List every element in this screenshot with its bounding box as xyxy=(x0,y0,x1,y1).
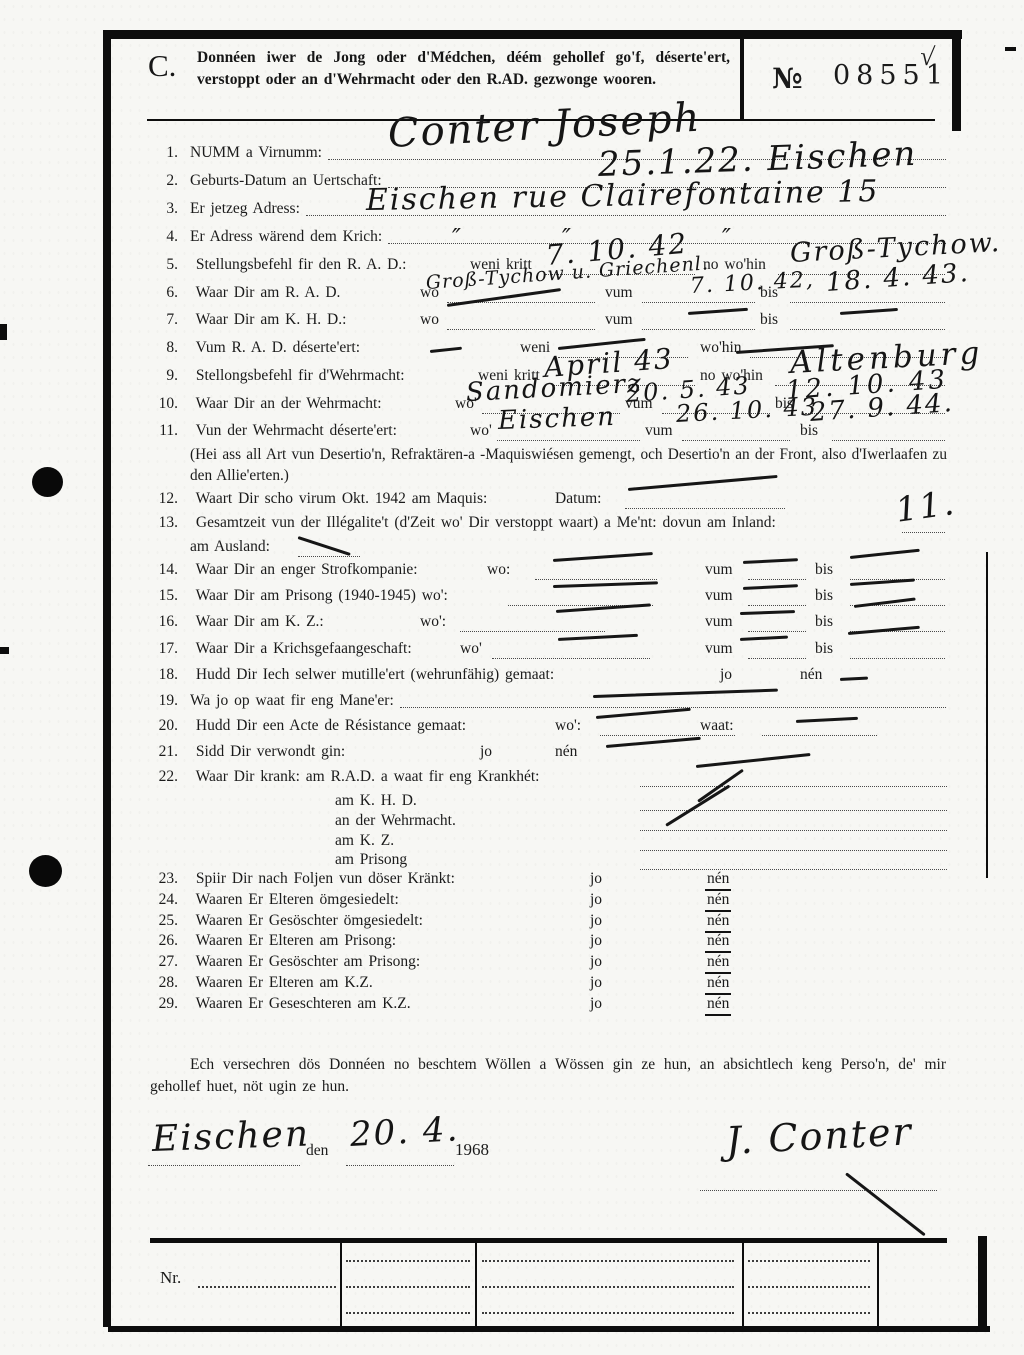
field-label: wo' xyxy=(470,422,492,440)
item-label: Waaren Er Elteren am Prisong: xyxy=(196,932,396,949)
field-label: bis xyxy=(815,640,833,658)
fill-in-line xyxy=(460,616,605,632)
item-label: NUMM a Virnumm: xyxy=(190,144,322,162)
field-label: vum xyxy=(705,640,733,658)
signature-line xyxy=(700,1175,937,1191)
item-label: Er jetzeg Adress: xyxy=(190,200,300,218)
handwritten-ditto: ″ xyxy=(722,226,733,250)
field-label: am Ausland: xyxy=(190,538,270,556)
numero-sign: № xyxy=(772,62,802,95)
item-label: Waar Dir an der Wehrmacht: xyxy=(196,395,382,412)
header-box-divider xyxy=(740,36,744,121)
frame-left-bar xyxy=(103,30,111,1327)
item-number: 5. xyxy=(150,256,178,274)
fill-in-line xyxy=(508,590,653,606)
field-label: wo'hin xyxy=(700,339,742,357)
form-item-18: 18. Hudd Dir Iech selwer mutille'ert (we… xyxy=(150,666,946,690)
item-label: Waaren Er Elteren am K.Z. xyxy=(196,974,373,991)
table-column-line xyxy=(742,1243,744,1326)
item-label: Waaren Er Elteren ömgesiedelt: xyxy=(196,891,399,908)
field-label: waat: xyxy=(700,717,734,735)
table-top-border xyxy=(150,1238,947,1243)
item-number: 27. xyxy=(150,953,178,971)
item-label: Waar Dir an enger Strofkompanie: xyxy=(196,561,418,578)
item-number: 8. xyxy=(150,339,178,357)
field-label: wo: xyxy=(487,561,510,579)
form-item-17: 17. Waar Dir a Krichsgefaangeschaft: wo'… xyxy=(150,640,946,664)
option-nen-selected: nén xyxy=(705,870,731,891)
fill-in-line xyxy=(625,493,785,509)
fill-in-line xyxy=(640,835,947,851)
handwritten-signature-place: Eischen xyxy=(151,1116,310,1157)
fill-in-line xyxy=(762,720,877,736)
scan-artifact xyxy=(1005,47,1016,51)
table-fill-line xyxy=(748,1310,870,1314)
item-number: 7. xyxy=(150,311,178,329)
field-label: vum xyxy=(605,311,633,329)
item-number: 21. xyxy=(150,743,178,761)
item-label: Waar Dir krank: am R.A.D. a waat fir eng… xyxy=(196,768,540,785)
handwritten-desert-where: Eischen xyxy=(498,404,617,434)
fill-in-line xyxy=(642,314,755,330)
item-number: 29. xyxy=(150,995,178,1013)
fill-in-line xyxy=(850,643,945,659)
table-fill-line xyxy=(482,1258,734,1262)
handwritten-signature-date: 20. 4. xyxy=(349,1112,460,1152)
item-label: Waart Dir scho virum Okt. 1942 am Maquis… xyxy=(196,490,488,507)
item-number: 14. xyxy=(150,561,178,579)
table-column-line xyxy=(877,1243,879,1326)
item-number: 1. xyxy=(150,144,178,162)
page-edge-bottom-bar xyxy=(978,1236,987,1326)
form-item-13: 13. Gesamtzeit vun der Illégalite't (d'Z… xyxy=(150,514,946,538)
fill-in-line xyxy=(535,564,657,580)
field-label: vum xyxy=(605,284,633,302)
item-label: Waar Dir am K. H. D.: xyxy=(196,311,347,328)
declaration-text: Ech versechren dös Donnéen no beschtem W… xyxy=(150,1054,946,1098)
fill-in-line xyxy=(850,564,945,580)
fill-in-line xyxy=(790,314,945,330)
item-number: 18. xyxy=(150,666,178,684)
handwritten-ditto: ″ xyxy=(452,226,463,250)
scanned-form-page: C. Donnéen iwer de Jong oder d'Médchen, … xyxy=(0,0,1024,1355)
fill-in-line xyxy=(748,643,806,659)
form-item-15: 15. Waar Dir am Prisong (1940-1945) wo':… xyxy=(150,587,946,611)
fill-in-line xyxy=(640,854,947,870)
item-number: 3. xyxy=(150,200,178,218)
item-number: 24. xyxy=(150,891,178,909)
fill-in-line xyxy=(492,643,650,659)
table-fill-line xyxy=(748,1258,870,1262)
fill-in-line xyxy=(640,771,947,787)
form-item-16: 16. Waar Dir am K. Z.: wo': vum bis xyxy=(150,613,946,637)
item-number: 2. xyxy=(150,172,178,190)
form-item-13b: am Ausland: xyxy=(150,538,946,562)
item-label: Waar Dir am R. A. D. xyxy=(196,284,341,301)
item-label: Waaren Er Geseschteren am K.Z. xyxy=(196,995,411,1012)
field-label: bis xyxy=(815,613,833,631)
field-label: wo': xyxy=(555,717,581,735)
field-label: vum xyxy=(645,422,673,440)
handwritten-inland-months: 11. xyxy=(894,486,958,528)
form-item-19: 19. Wa jo op waat fir eng Mane'er: xyxy=(150,692,946,716)
form-item-7: 7. Waar Dir am K. H. D.: wo vum bis xyxy=(150,311,946,335)
fill-in-line xyxy=(832,425,945,441)
fill-in-line xyxy=(447,314,595,330)
item-number: 6. xyxy=(150,284,178,302)
table-bottom-border xyxy=(108,1326,990,1332)
item-number: 19. xyxy=(150,692,178,710)
field-label: wo' xyxy=(460,640,482,658)
item-number: 22. xyxy=(150,768,178,786)
handwritten-desert-from: 26. 10. 43 xyxy=(675,395,818,426)
page-edge-line xyxy=(986,552,988,878)
table-column-line xyxy=(340,1243,342,1326)
frame-top-bar xyxy=(103,30,962,39)
option-nen-selected: nén xyxy=(705,912,731,933)
form-item-14: 14. Waar Dir an enger Strofkompanie: wo:… xyxy=(150,561,946,585)
item-label: Hudd Dir Iech selwer mutille'ert (wehrun… xyxy=(196,666,554,683)
fill-in-line xyxy=(748,616,806,632)
table-fill-line xyxy=(748,1284,870,1288)
field-label: vum xyxy=(705,587,733,605)
option-nen-selected: nén xyxy=(705,932,731,953)
field-label: am K. Z. xyxy=(335,832,394,850)
item-number: 12. xyxy=(150,490,178,508)
field-label: vum xyxy=(705,613,733,631)
field-label: bis xyxy=(760,311,778,329)
item-label: Vun der Wehrmacht déserte'ert: xyxy=(196,422,397,439)
punch-hole xyxy=(29,855,62,887)
option-jo: jo xyxy=(590,932,602,950)
item-number: 9. xyxy=(150,367,178,385)
field-label: am Prisong xyxy=(335,851,407,869)
table-fill-line xyxy=(482,1310,734,1314)
form-item-29: 29. Waaren Er Geseschteren am K.Z. jo né… xyxy=(150,995,946,1019)
item-11-note: (Hei ass all Art vun Desertio'n, Refrakt… xyxy=(190,444,947,486)
scan-artifact xyxy=(0,647,9,654)
item-number: 17. xyxy=(150,640,178,658)
option-nen-selected: nén xyxy=(705,891,731,912)
field-label: bis xyxy=(815,587,833,605)
form-item-22: 22. Waar Dir krank: am R.A.D. a waat fir… xyxy=(150,768,946,792)
item-label: Gesamtzeit vun der Illégalite't (d'Zeit … xyxy=(196,514,776,531)
option-jo: jo xyxy=(590,995,602,1013)
item-number: 15. xyxy=(150,587,178,605)
option-nen: nén xyxy=(555,743,577,761)
fill-in-line xyxy=(640,795,947,811)
table-fill-line xyxy=(346,1258,470,1262)
signature: J. Conter xyxy=(725,1112,914,1160)
option-jo: jo xyxy=(480,743,492,761)
table-fill-line xyxy=(346,1284,470,1288)
form-title: Donnéen iwer de Jong oder d'Médchen, déé… xyxy=(197,47,730,90)
fill-in-line xyxy=(682,425,790,441)
table-fill-line xyxy=(482,1284,734,1288)
field-label: wo xyxy=(420,311,439,329)
item-number: 4. xyxy=(150,228,178,246)
fill-in-line xyxy=(748,590,806,606)
fill-in-line xyxy=(748,564,806,580)
option-jo: jo xyxy=(590,891,602,909)
option-jo: jo xyxy=(720,666,732,684)
item-number: 28. xyxy=(150,974,178,992)
item-number: 11. xyxy=(150,422,178,440)
item-number: 23. xyxy=(150,870,178,888)
item-label: Er Adress wärend dem Krich: xyxy=(190,228,382,246)
option-nen-selected: nén xyxy=(705,974,731,995)
item-label: Sidd Dir verwondt gin: xyxy=(196,743,345,760)
option-nen: nén xyxy=(800,666,822,684)
year-text: 1968 xyxy=(455,1140,489,1160)
item-number: 25. xyxy=(150,912,178,930)
item-number: 10. xyxy=(150,395,178,413)
option-jo: jo xyxy=(590,912,602,930)
field-label: wo': xyxy=(420,613,446,631)
option-jo: jo xyxy=(590,974,602,992)
header-box-right-bar xyxy=(952,32,961,131)
field-label: an der Wehrmacht. xyxy=(335,812,456,830)
table-fill-line xyxy=(198,1284,336,1288)
fill-in-line xyxy=(640,815,947,831)
option-jo: jo xyxy=(590,870,602,888)
handwritten-address: Eischen rue Clairefontaine 15 xyxy=(366,177,880,216)
scan-artifact xyxy=(0,324,7,340)
option-jo: jo xyxy=(590,953,602,971)
item-label: Waar Dir am K. Z.: xyxy=(196,613,324,630)
item-label: Stellungsbefehl fir den R. A. D.: xyxy=(196,256,407,273)
section-letter: C. xyxy=(148,48,176,84)
option-nen-selected: nén xyxy=(705,995,731,1016)
field-label: bis xyxy=(815,561,833,579)
item-number: 20. xyxy=(150,717,178,735)
item-label: Waar Dir am Prisong (1940-1945) wo': xyxy=(196,587,448,604)
item-label: Geburts-Datum an Uertschaft: xyxy=(190,172,382,190)
item-label: Waaren Er Gesöschter ömgesiedelt: xyxy=(196,912,423,929)
option-nen-selected: nén xyxy=(705,953,731,974)
item-number: 16. xyxy=(150,613,178,631)
field-label: am K. H. D. xyxy=(335,792,417,810)
item-number: 26. xyxy=(150,932,178,950)
item-label: Stellongsbefehl fir d'Wehrmacht: xyxy=(196,367,405,384)
item-label: Spiir Dir nach Foljen vun döser Kränkt: xyxy=(196,870,455,887)
form-item-12: 12. Waart Dir scho virum Okt. 1942 am Ma… xyxy=(150,490,946,514)
table-fill-line xyxy=(346,1310,470,1314)
item-label: Vum R. A. D. déserte'ert: xyxy=(196,339,360,356)
field-label: Datum: xyxy=(555,490,602,508)
item-number: 13. xyxy=(150,514,178,532)
item-label: Waar Dir a Krichsgefaangeschaft: xyxy=(196,640,412,657)
item-label: Waaren Er Gesöschter am Prisong: xyxy=(196,953,421,970)
item-label: Wa jo op waat fir eng Mane'er: xyxy=(190,692,394,710)
form-item-21: 21. Sidd Dir verwondt gin: jo nén xyxy=(150,743,946,767)
punch-hole xyxy=(32,467,63,497)
table-column-line xyxy=(475,1243,477,1326)
item-label: Hudd Dir een Acte de Résistance gemaat: xyxy=(196,717,466,734)
field-label: vum xyxy=(705,561,733,579)
nr-label: Nr. xyxy=(160,1268,181,1288)
